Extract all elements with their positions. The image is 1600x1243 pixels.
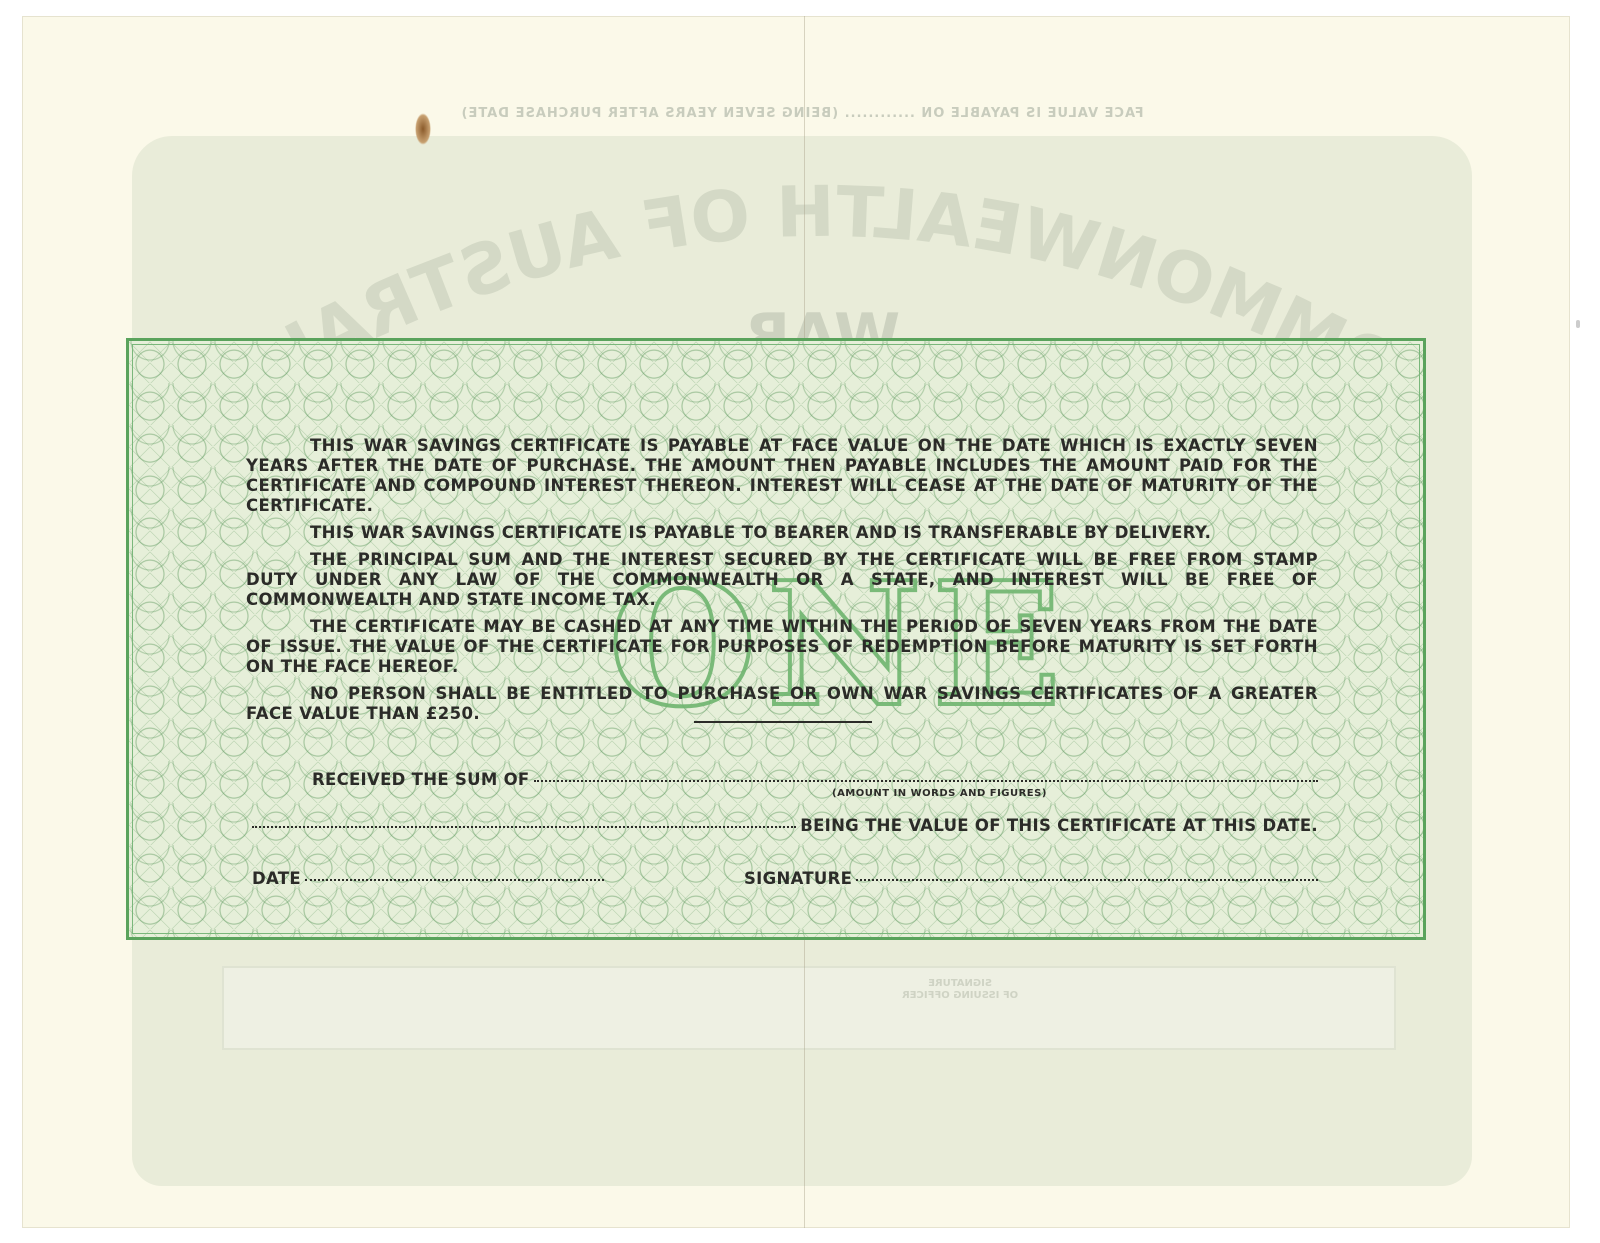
received-label: RECEIVED THE SUM OF — [312, 770, 530, 789]
show-through-signature-caption: SIGNATURE OF ISSUING OFFICER — [902, 978, 1018, 1002]
paragraph-limit: NO PERSON SHALL BE ENTITLED TO PURCHASE … — [246, 684, 1318, 724]
date-label: DATE — [252, 869, 301, 888]
signature-line: SIGNATURE — [744, 869, 1318, 888]
rust-stain — [415, 113, 431, 145]
terms-text: THIS WAR SAVINGS CERTIFICATE IS PAYABLE … — [246, 436, 1318, 731]
being-value-line: BEING THE VALUE OF THIS CERTIFICATE AT T… — [252, 816, 1318, 835]
date-line: DATE — [252, 869, 604, 888]
received-sum-field[interactable] — [534, 780, 1318, 782]
paragraph-cashing: THE CERTIFICATE MAY BE CASHED AT ANY TIM… — [246, 617, 1318, 677]
paragraph-bearer: THIS WAR SAVINGS CERTIFICATE IS PAYABLE … — [246, 523, 1318, 543]
paragraph-tax: THE PRINCIPAL SUM AND THE INTEREST SECUR… — [246, 550, 1318, 610]
received-sum-line: RECEIVED THE SUM OF — [312, 770, 1318, 789]
signature-label: SIGNATURE — [744, 869, 852, 888]
signature-field[interactable] — [856, 879, 1318, 881]
paragraph-maturity: THIS WAR SAVINGS CERTIFICATE IS PAYABLE … — [246, 436, 1318, 516]
being-label: BEING THE VALUE OF THIS CERTIFICATE AT T… — [800, 816, 1318, 835]
received-sum-continuation-field[interactable] — [252, 826, 796, 828]
show-through-lower-box — [222, 966, 1396, 1050]
date-field[interactable] — [305, 879, 604, 881]
divider-rule — [694, 721, 872, 723]
edge-mark — [1576, 320, 1580, 328]
amount-caption: (AMOUNT IN WORDS AND FIGURES) — [832, 788, 1047, 799]
